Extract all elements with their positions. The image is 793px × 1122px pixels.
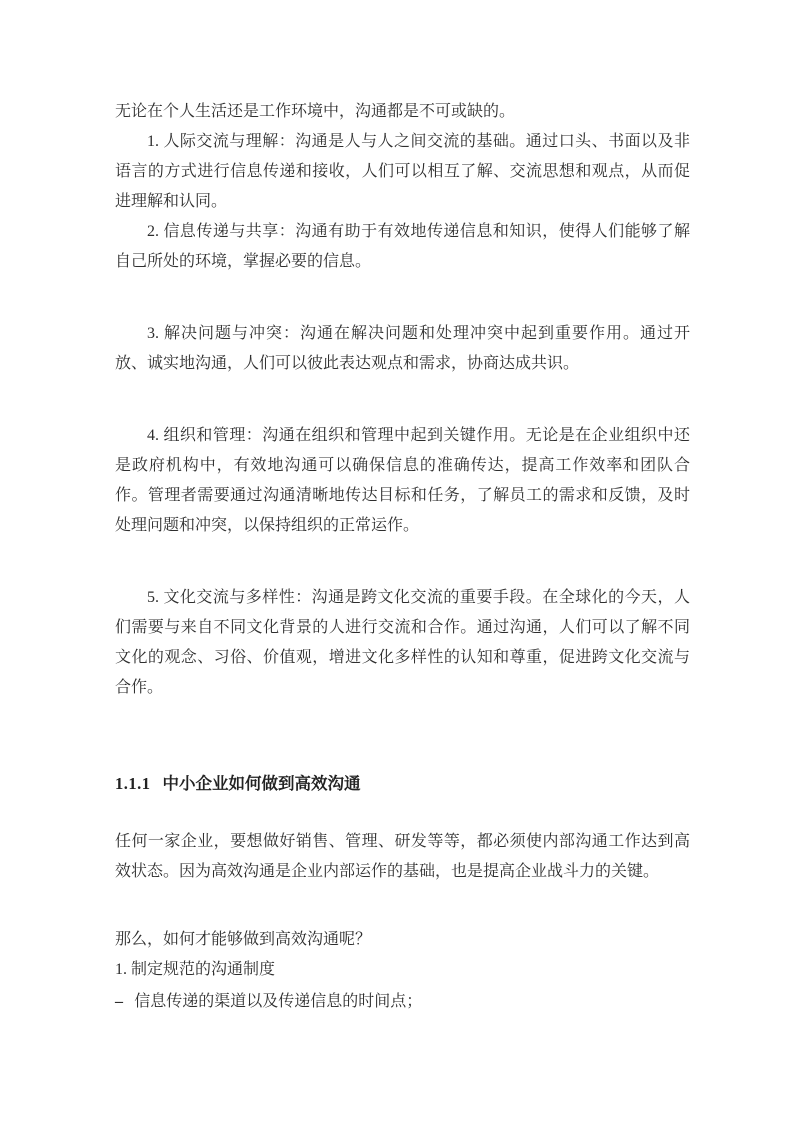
numbered-item-3: 3. 解决问题与冲突：沟通在解决问题和处理冲突中起到重要作用。通过开放、诚实地沟… xyxy=(115,319,690,379)
document-page: 无论在个人生活还是工作环境中，沟通都是不可或缺的。 1. 人际交流与理解：沟通是… xyxy=(0,0,793,1122)
numbered-item-1: 1. 人际交流与理解：沟通是人与人之间交流的基础。通过口头、书面以及非语言的方式… xyxy=(115,127,690,217)
heading-number: 1.1.1 xyxy=(115,774,151,793)
heading-title: 中小企业如何做到高效沟通 xyxy=(163,774,361,793)
section-heading: 1.1.1中小企业如何做到高效沟通 xyxy=(115,769,690,799)
question-paragraph: 那么，如何才能够做到高效沟通呢？ xyxy=(115,925,690,955)
numbered-item-4: 4. 组织和管理：沟通在组织和管理中起到关键作用。无论是在企业组织中还是政府机构… xyxy=(115,421,690,541)
section-paragraph: 任何一家企业，要想做好销售、管理、研发等等，都必须使内部沟通工作达到高效状态。因… xyxy=(115,827,690,887)
bullet-item: –信息传递的渠道以及传递信息的时间点； xyxy=(115,987,690,1017)
intro-paragraph: 无论在个人生活还是工作环境中，沟通都是不可或缺的。 xyxy=(115,97,690,127)
bullet-item-text: 信息传递的渠道以及传递信息的时间点； xyxy=(134,993,422,1010)
numbered-item-2: 2. 信息传递与共享：沟通有助于有效地传递信息和知识，使得人们能够了解自己所处的… xyxy=(115,217,690,277)
numbered-item-5: 5. 文化交流与多样性：沟通是跨文化交流的重要手段。在全球化的今天，人们需要与来… xyxy=(115,583,690,703)
dash-bullet-marker: – xyxy=(115,987,134,1017)
list-intro-line: 1. 制定规范的沟通制度 xyxy=(115,955,690,985)
